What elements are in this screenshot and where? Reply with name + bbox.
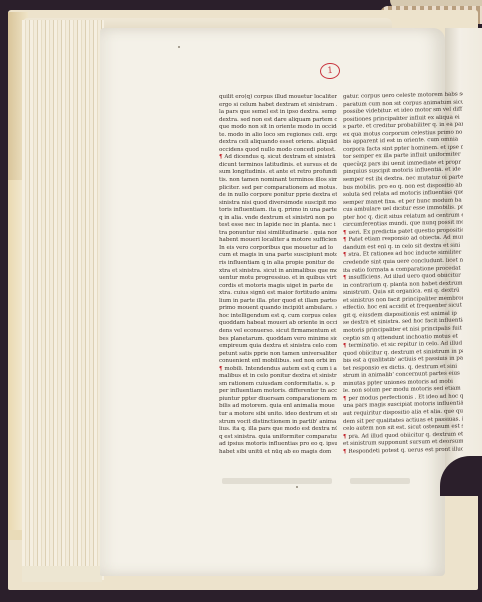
text-line: ad ipsius motoris influentias pro eo q. … (219, 441, 337, 449)
text-line: strum vocit distinctionem in partib' ani… (219, 419, 337, 427)
rubric-paragraph-mark: ¶ (219, 154, 224, 160)
text-line: uentur motu progressiuo. et in quibus vi… (219, 275, 337, 283)
page-stack-bottom (22, 566, 102, 582)
text-line: test esse nec in lapide nec in planta. n… (219, 222, 337, 230)
text-line: xtra et sinistra. sicut in animalibus qu… (219, 268, 337, 276)
text-line: habent moueri localiter a motore suffici… (219, 237, 337, 245)
text-line: dextra celi aliquando esset oriens. aliq… (219, 139, 337, 147)
rubric-paragraph-mark: ¶ (343, 433, 348, 439)
text-line: de in nullo corpore ponitur pprie dextra… (219, 192, 337, 200)
text-line: ¶ mobili. Intendendus autem est q cum i … (219, 366, 337, 374)
text-line: q in alia. vnde dextrum et sinistrū non … (219, 215, 337, 223)
text-line: lium in parte illa. pter quod et illam p… (219, 298, 337, 306)
text-line: petunt satis pprie non tamen universalit… (219, 351, 337, 359)
paper-speck (296, 486, 298, 488)
text-line: dicunt terminos latitudinis. et sursus e… (219, 162, 337, 170)
text-line: per influentiam motoris. differenter tn … (219, 388, 337, 396)
text-line: quilit ero(q) corpus illud mouetur local… (219, 94, 337, 102)
text-line: malibus et in celo ponitur dextra et sin… (219, 373, 337, 381)
text-line: toris influentiam. ita q. primo in una p… (219, 207, 337, 215)
show-through-text (350, 478, 410, 484)
text-line: sm rationem cuiusdam conformitatis. s. p (219, 381, 337, 389)
text-line: xtra. cuius signū est maior fortitudo an… (219, 290, 337, 298)
rubric-paragraph-mark: ¶ (343, 252, 348, 258)
text-line: tur a motore sibi unito. ideo dextrum et… (219, 411, 337, 419)
rubric-paragraph-mark: ¶ (343, 230, 348, 236)
show-through-text (222, 478, 332, 484)
text-line: habet sibi unitū et nūq ab eo magis dom (219, 449, 337, 457)
paper-speck (178, 46, 180, 48)
text-line: dextra. sed non est dare aliquam partem … (219, 117, 337, 125)
text-line: piuntur ppter diuersam comparationem mo (219, 396, 337, 404)
text-line: sum longitudinis. et ante et retro profu… (219, 169, 337, 177)
photo-background: 1 quilit ero(q) corpus illud mouetur loc… (0, 0, 482, 602)
rubric-paragraph-mark: ¶ (343, 396, 348, 402)
text-line: pliciter. sed per comparationem ad motus… (219, 185, 337, 193)
text-line: primo mouent quando incipiūt ambulare. s (219, 305, 337, 313)
text-column-left: quilit ero(q) corpus illud mouetur local… (219, 94, 337, 456)
text-line: cordis et motoris magis uiget in parte d… (219, 283, 337, 291)
text-line: quoddam habeat moueri ab oriente in occi (219, 320, 337, 328)
text-line: ris influentiam q in alia propie ponitur… (219, 260, 337, 268)
rubric-paragraph-mark: ¶ (343, 275, 348, 281)
rubric-paragraph-mark: ¶ (219, 366, 224, 372)
text-line: conuenient enī mobilibus. sed non orbi i… (219, 358, 337, 366)
text-line: lius. ita q. illa pars que modo est dext… (219, 426, 337, 434)
text-line: q est sinistra. quia uniformiter compara… (219, 434, 337, 442)
text-line: occidens quod nullo modo concedi potest. (219, 147, 337, 155)
text-column-right: gatur. corpus uero celeste motorem habs … (343, 91, 463, 456)
text-line: te. modo in alio loco sm regiones celi. … (219, 132, 337, 140)
text-line: bes planetarum. quoddam vero minime sicu… (219, 336, 337, 344)
text-line: empireum quia dextra et sinistra celo co… (219, 343, 337, 351)
rubric-paragraph-mark: ¶ (343, 343, 348, 349)
text-line: dens vel econuerso. sicut firmamentum et… (219, 328, 337, 336)
text-line: la pars que semel est in ipso dextra. se… (219, 109, 337, 117)
rubric-paragraph-mark: ¶ (343, 449, 348, 455)
text-line: cum et magis in una parte suscipiunt mot… (219, 252, 337, 260)
rubric-paragraph-mark: ¶ (343, 237, 348, 243)
page-stack-fore-edge (22, 20, 104, 580)
text-line: ergo si celum habet dextram et sinistram… (219, 102, 337, 110)
text-line: In eis vero corporibus que mouetur ad lo (219, 245, 337, 253)
text-line: ¶ Ad dicendus q. sicut dextram et sinist… (219, 154, 337, 162)
text-line: tis. non tamen nominant terminos illos s… (219, 177, 337, 185)
text-line: hoc intelligendum est q. cum corpus cele… (219, 313, 337, 321)
text-line: que modo non sit in oriente modo in occi… (219, 124, 337, 132)
text-line: sinistra nisi quod diversimode suscipit … (219, 200, 337, 208)
text-line: tra ponuntur nisi similitudinarie . quia… (219, 230, 337, 238)
text-line: bilis ad motorem. quia enī animalia moue (219, 403, 337, 411)
